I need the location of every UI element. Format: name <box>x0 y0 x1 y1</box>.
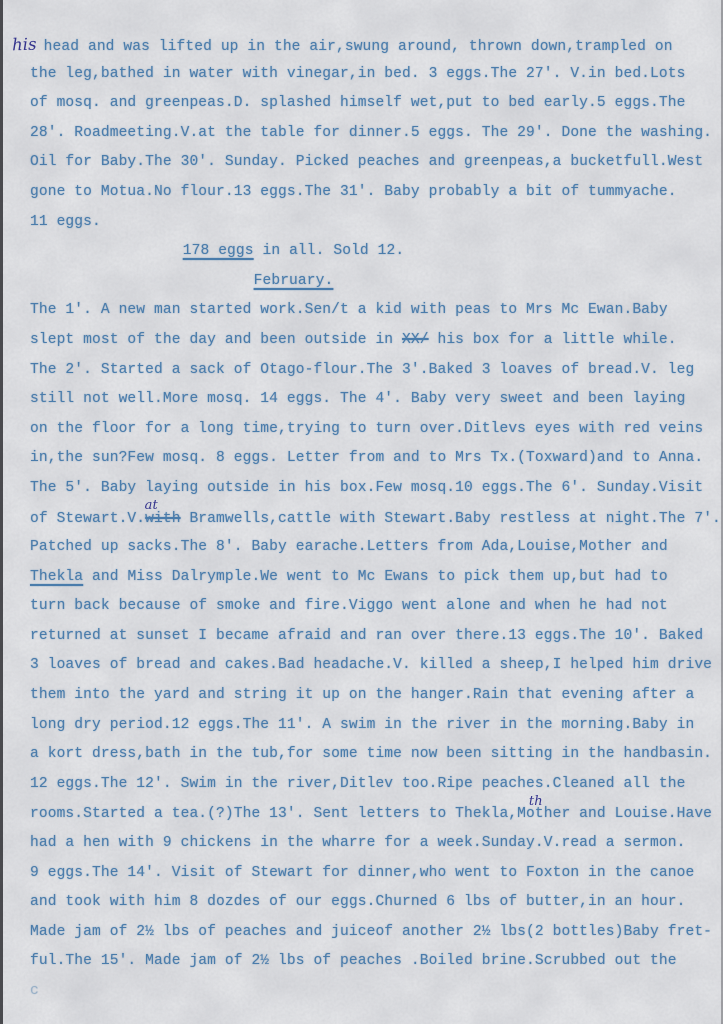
diary-page: hishead and was lifted up in the air,swu… <box>0 0 723 1024</box>
text-line: the leg,bathed in water with vinegar,in … <box>30 60 707 90</box>
typed-text: turn back because of smoke and fire.Vigg… <box>30 598 668 614</box>
text-line: 11 eggs. <box>30 208 707 238</box>
typed-text: The 2'. Started a sack of Otago-flour.Th… <box>30 362 694 378</box>
underlined-text: February. <box>254 273 334 289</box>
text-line: hishead and was lifted up in the air,swu… <box>30 30 707 60</box>
text-line: Made jam of 2½ lbs of peaches and juiceo… <box>30 918 707 948</box>
typed-text: on the floor for a long time,trying to t… <box>30 421 703 437</box>
text-line: 9 eggs.The 14'. Visit of Stewart for din… <box>30 859 707 889</box>
struck-text: XX/ <box>402 332 429 348</box>
text-line: a kort dress,bath in the tub,for some ti… <box>30 740 707 770</box>
typed-text: still not well.More mosq. 14 eggs. The 4… <box>30 391 685 407</box>
typed-text: Patched up sacks.The 8'. Baby earache.Le… <box>30 539 668 555</box>
typed-text: The 1'. A new man started work.Sen/t a k… <box>30 302 668 318</box>
text-line: 178 eggs in all. Sold 12. <box>30 237 557 267</box>
text-line: 12 eggs.The 12'. Swim in the river,Ditle… <box>30 770 707 800</box>
typed-text: a kort dress,bath in the tub,for some ti… <box>30 746 712 762</box>
typed-text: them into the yard and string it up on t… <box>30 687 694 703</box>
typed-text: and Miss Dalrymple.We went to Mc Ewans t… <box>83 569 668 585</box>
document-body: hishead and was lifted up in the air,swu… <box>30 30 707 1007</box>
text-line: had a hen with 9 chickens in the wharre … <box>30 829 707 859</box>
text-line: and took with him 8 dozdes of our eggs.C… <box>30 888 707 918</box>
text-line: Oil for Baby.The 30'. Sunday. Picked pea… <box>30 148 707 178</box>
typed-text: in all. Sold 12. <box>254 243 405 259</box>
typed-text: 11 eggs. <box>30 214 101 230</box>
typed-text: 9 eggs.The 14'. Visit of Stewart for din… <box>30 865 694 881</box>
text-line: gone to Motua.No flour.13 eggs.The 31'. … <box>30 178 707 208</box>
text-line: Thekla and Miss Dalrymple.We went to Mc … <box>30 563 707 593</box>
text-line: The 2'. Started a sack of Otago-flour.Th… <box>30 356 707 386</box>
text-line: in,the sun?Few mosq. 8 eggs. Letter from… <box>30 444 707 474</box>
typed-text: Made jam of 2½ lbs of peaches and juiceo… <box>30 924 712 940</box>
typed-text: head and was lifted up in the air,swung … <box>44 39 673 55</box>
typed-text: the leg,bathed in water with vinegar,in … <box>30 66 685 82</box>
typed-text: 28'. Roadmeeting.V.at the table for dinn… <box>30 125 712 141</box>
typed-text: c <box>30 983 39 999</box>
typed-text: slept most of the day and been outside i… <box>30 332 402 348</box>
underlined-text: 178 eggs <box>183 243 254 259</box>
text-line: ful.The 15'. Made jam of 2½ lbs of peach… <box>30 947 707 977</box>
typed-text: had a hen with 9 chickens in the wharre … <box>30 835 685 851</box>
typed-text: 12 eggs.The 12'. Swim in the river,Ditle… <box>30 776 685 792</box>
struck-text: with <box>145 511 180 527</box>
text-line: long dry period.12 eggs.The 11'. A swim … <box>30 711 707 741</box>
text-line: on the floor for a long time,trying to t… <box>30 415 707 445</box>
text-line: 3 loaves of bread and cakes.Bad headache… <box>30 651 707 681</box>
text-line: returned at sunset I became afraid and r… <box>30 622 707 652</box>
typed-text: returned at sunset I became afraid and r… <box>30 628 703 644</box>
typed-text: long dry period.12 eggs.The 11'. A swim … <box>30 717 694 733</box>
text-line: c <box>30 977 707 1007</box>
text-line: slept most of the day and been outside i… <box>30 326 707 356</box>
text-line: The 5'. Baby laying outside in his box.F… <box>30 474 707 504</box>
text-line: of mosq. and greenpeas.D. splashed himse… <box>30 89 707 119</box>
typed-text: gone to Motua.No flour.13 eggs.The 31'. … <box>30 184 677 200</box>
text-line: them into the yard and string it up on t… <box>30 681 707 711</box>
typed-text: in,the sun?Few mosq. 8 eggs. Letter from… <box>30 450 703 466</box>
text-line: rooms.Started a tea.(?)The 13'. Sent let… <box>30 799 707 829</box>
text-line: Patched up sacks.The 8'. Baby earache.Le… <box>30 533 707 563</box>
typed-text: ther and Louise.Have <box>535 806 712 822</box>
text-line: still not well.More mosq. 14 eggs. The 4… <box>30 385 707 415</box>
underlined-text: Thekla <box>30 569 83 585</box>
text-line: turn back because of smoke and fire.Vigg… <box>30 592 707 622</box>
scan-edge-left <box>0 0 3 1024</box>
text-line: of Stewart.V.withat Bramwells,cattle wit… <box>30 504 707 534</box>
typed-text: The 5'. Baby laying outside in his box.F… <box>30 480 703 496</box>
typed-text: rooms.Started a tea.(?)The 13'. Sent let… <box>30 806 535 822</box>
handwritten-annotation: his <box>11 30 37 60</box>
typed-text: Bramwells,cattle with Stewart.Baby restl… <box>181 511 721 527</box>
typed-text: 3 loaves of bread and cakes.Bad headache… <box>30 657 712 673</box>
typed-text: and took with him 8 dozdes of our eggs.C… <box>30 894 685 910</box>
typed-text: of mosq. and greenpeas.D. splashed himse… <box>30 95 685 111</box>
typed-text: his box for a little while. <box>429 332 677 348</box>
text-line: The 1'. A new man started work.Sen/t a k… <box>30 296 707 326</box>
typed-text: Oil for Baby.The 30'. Sunday. Picked pea… <box>30 154 703 170</box>
text-line: 28'. Roadmeeting.V.at the table for dinn… <box>30 119 707 149</box>
typed-text: of Stewart.V. <box>30 511 145 527</box>
text-line: February. <box>30 267 557 297</box>
typed-text: ful.The 15'. Made jam of 2½ lbs of peach… <box>30 953 677 969</box>
